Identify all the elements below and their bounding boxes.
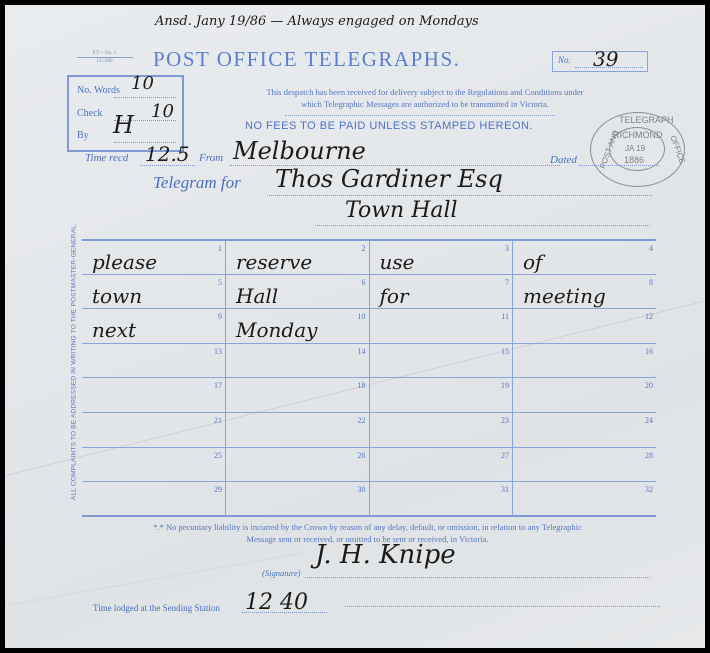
- cell-number: 8: [649, 278, 653, 287]
- grid-cell: 2reserve: [226, 241, 370, 274]
- dated-label: Dated: [550, 154, 577, 166]
- grid-row: 21222324: [82, 413, 656, 448]
- cell-number: 22: [358, 416, 366, 425]
- grid-cell: 17: [82, 378, 226, 413]
- grid-cell: 10Monday: [226, 309, 370, 344]
- grid-cell: 31: [369, 482, 513, 515]
- dotted-line: [114, 97, 176, 98]
- grid-cell: 27: [369, 447, 513, 482]
- cell-number: 6: [362, 278, 366, 287]
- grid-cell: 20: [513, 378, 657, 413]
- grid-cell: 24: [513, 413, 657, 448]
- no-words-label: No. Words: [77, 85, 120, 96]
- cell-word: Hall: [236, 284, 278, 308]
- telegram-for-label: Telegram for: [153, 173, 241, 193]
- signature-label: (Signature): [262, 568, 300, 578]
- dotted-line: [315, 225, 650, 226]
- by-label: By: [77, 130, 89, 141]
- telegram-form: Ansd. Jany 19/86 — Always engaged on Mon…: [5, 5, 705, 648]
- dotted-line: [579, 165, 659, 166]
- no-fees-notice: NO FEES TO BE PAID UNLESS STAMPED HEREON…: [245, 120, 533, 132]
- grid-cell: 5town: [82, 274, 226, 309]
- grid-cell: 15: [369, 343, 513, 378]
- cell-number: 15: [501, 347, 509, 356]
- cell-number: 10: [358, 312, 366, 321]
- grid-cell: 8meeting: [513, 274, 657, 309]
- cell-number: 31: [501, 485, 509, 494]
- cell-word: Monday: [236, 318, 317, 342]
- time-lodged-label: Time lodged at the Sending Station: [93, 603, 220, 613]
- cell-number: 5: [218, 278, 222, 287]
- cell-number: 17: [214, 381, 222, 390]
- from-label: From: [199, 152, 223, 164]
- grid-row: 29303132: [82, 482, 656, 515]
- message-grid: 1please2reserve3use4of5town6Hall7for8mee…: [82, 239, 656, 517]
- cell-number: 18: [358, 381, 366, 390]
- cell-number: 27: [501, 451, 509, 460]
- grid-cell: 22: [226, 413, 370, 448]
- cell-number: 30: [358, 485, 366, 494]
- words-box: No. Words 10 Check 10 By H: [67, 75, 184, 152]
- grid-cell: 29: [82, 482, 226, 515]
- cell-number: 32: [645, 485, 653, 494]
- cell-number: 4: [649, 244, 653, 253]
- cell-word: reserve: [236, 250, 312, 274]
- delivery-notice: This despatch has been received for deli…: [195, 86, 655, 110]
- number-value: 39: [593, 47, 618, 71]
- check-value: 10: [151, 101, 174, 122]
- complaints-notice: ALL COMPLAINTS TO BE ADDRESSED IN WRITIN…: [67, 215, 81, 515]
- check-label: Check: [77, 108, 103, 119]
- grid-row: 25262728: [82, 447, 656, 482]
- cell-number: 24: [645, 416, 653, 425]
- grid-cell: 13: [82, 343, 226, 378]
- grid-cell: 23: [369, 413, 513, 448]
- cell-word: for: [380, 284, 409, 308]
- cell-word: next: [92, 318, 136, 342]
- grid-cell: 3use: [369, 241, 513, 274]
- time-lodged-value: 12 40: [245, 590, 308, 615]
- grid-cell: 18: [226, 378, 370, 413]
- grid-cell: 25: [82, 447, 226, 482]
- grid-cell: 19: [369, 378, 513, 413]
- cell-number: 28: [645, 451, 653, 460]
- grid-cell: 1please: [82, 241, 226, 274]
- cell-number: 26: [358, 451, 366, 460]
- dotted-line: [305, 577, 650, 578]
- grid-row: 9next10Monday1112: [82, 309, 656, 344]
- no-words-value: 10: [131, 73, 154, 94]
- by-value: H: [113, 111, 134, 139]
- time-received-label: Time recd: [85, 152, 128, 164]
- telegram-for-value: Thos Gardiner Esq: [275, 165, 503, 193]
- cell-number: 20: [645, 381, 653, 390]
- cell-word: town: [92, 284, 142, 308]
- cell-number: 1: [218, 244, 222, 253]
- grid-cell: 9next: [82, 309, 226, 344]
- address-value: Town Hall: [345, 198, 458, 223]
- cell-number: 25: [214, 451, 222, 460]
- handwritten-annotation: Ansd. Jany 19/86 — Always engaged on Mon…: [155, 14, 479, 29]
- cell-word: meeting: [523, 284, 606, 308]
- grid-cell: 16: [513, 343, 657, 378]
- signature-value: J. H. Knipe: [315, 540, 456, 570]
- grid-cell: 26: [226, 447, 370, 482]
- grid-cell: 14: [226, 343, 370, 378]
- cell-number: 9: [218, 312, 222, 321]
- cell-number: 14: [358, 347, 366, 356]
- grid-row: 5town6Hall7for8meeting: [82, 274, 656, 309]
- number-label: No.: [558, 55, 571, 65]
- grid-cell: 7for: [369, 274, 513, 309]
- cell-number: 3: [505, 244, 509, 253]
- grid-cell: 30: [226, 482, 370, 515]
- grid-cell: 32: [513, 482, 657, 515]
- form-title: POST OFFICE TELEGRAPHS.: [153, 47, 460, 72]
- cell-number: 21: [214, 416, 222, 425]
- cell-word: use: [380, 250, 415, 274]
- divider: [285, 113, 555, 116]
- grid-row: 1please2reserve3use4of: [82, 241, 656, 274]
- grid-row: 13141516: [82, 343, 656, 378]
- postmark-stamp: TELEGRAPH POST AND OFFICE RICHMOND JA 19…: [590, 112, 685, 187]
- cell-number: 29: [214, 485, 222, 494]
- form-code: P.T.—No. 1. 125,000.: [77, 50, 133, 65]
- cell-number: 23: [501, 416, 509, 425]
- number-box: No. 39: [552, 51, 648, 72]
- dotted-line: [267, 195, 652, 196]
- grid-cell: 11: [369, 309, 513, 344]
- cell-word: of: [523, 250, 542, 274]
- cell-number: 2: [362, 244, 366, 253]
- cell-number: 16: [645, 347, 653, 356]
- dotted-line: [345, 606, 660, 607]
- grid-cell: 21: [82, 413, 226, 448]
- cell-number: 12: [645, 312, 653, 321]
- from-value: Melbourne: [233, 137, 366, 165]
- cell-number: 19: [501, 381, 509, 390]
- grid-cell: 6Hall: [226, 274, 370, 309]
- grid-row: 17181920: [82, 378, 656, 413]
- grid-cell: 28: [513, 447, 657, 482]
- cell-word: please: [92, 250, 157, 274]
- cell-number: 11: [501, 312, 509, 321]
- cell-number: 7: [505, 278, 509, 287]
- grid-cell: 4of: [513, 241, 657, 274]
- cell-number: 13: [214, 347, 222, 356]
- time-received-value: 12.5: [145, 142, 190, 166]
- grid-cell: 12: [513, 309, 657, 344]
